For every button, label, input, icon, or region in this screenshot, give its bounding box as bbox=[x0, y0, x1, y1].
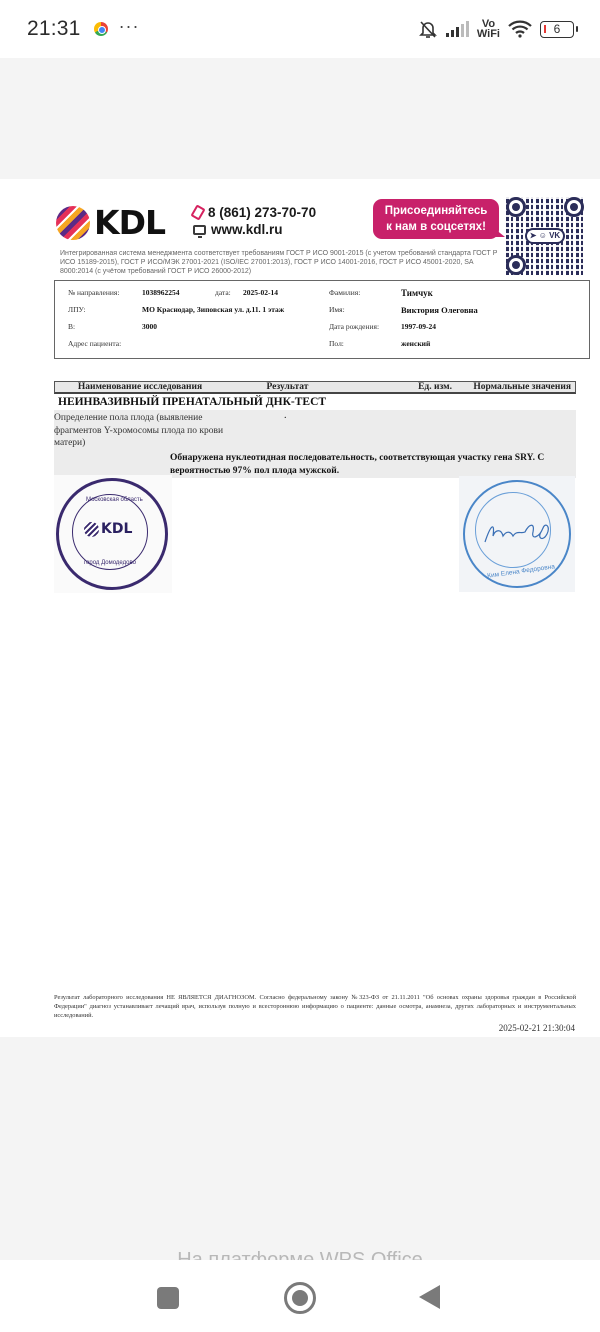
social-bubble: Присоединяйтесь к нам в соцсетях! bbox=[373, 199, 499, 239]
wifi-icon bbox=[508, 20, 532, 38]
signature-icon bbox=[481, 518, 555, 548]
qr-finder-icon bbox=[506, 197, 526, 217]
lab-stamp: Московская область город Домодедово KDL bbox=[54, 475, 172, 593]
document-page: KDL 8 (861) 273-70-70 www.kdl.ru Присоед… bbox=[0, 179, 600, 1037]
more-notifications-icon: ··· bbox=[119, 17, 140, 35]
stamp-region: Московская область bbox=[86, 497, 143, 503]
test-result: . bbox=[284, 410, 287, 421]
name-value: Виктория Олеговна bbox=[401, 305, 478, 315]
monitor-icon bbox=[193, 225, 206, 235]
stamp-city: город Домодедово bbox=[84, 560, 136, 566]
sex-label: Пол: bbox=[329, 339, 344, 348]
address-label: Адрес пациента: bbox=[68, 339, 121, 348]
status-icons: Vo WiFi 6 bbox=[418, 19, 574, 39]
dob-value: 1997-09-24 bbox=[401, 322, 436, 331]
results-header-row: Наименование исследования Результат Ед. … bbox=[54, 381, 576, 394]
disclaimer-text: Результат лабораторного исследования НЕ … bbox=[54, 993, 576, 1020]
v-label: В: bbox=[68, 322, 75, 331]
table-row: Определение пола плода (выявление фрагме… bbox=[54, 410, 576, 478]
bell-muted-icon bbox=[418, 19, 438, 39]
sex-value: женский bbox=[401, 339, 430, 348]
test-conclusion: Обнаружена нуклеотидная последовательнос… bbox=[170, 452, 580, 478]
status-bar: 21:31 ··· Vo WiFi 6 bbox=[0, 0, 600, 58]
stamp-logo: KDL bbox=[84, 521, 132, 537]
qr-finder-icon bbox=[506, 255, 526, 275]
dob-label: Дата рождения: bbox=[329, 322, 379, 331]
phone-icon bbox=[190, 204, 205, 220]
back-button[interactable] bbox=[419, 1285, 440, 1309]
battery-level: 6 bbox=[554, 22, 561, 36]
recent-apps-button[interactable] bbox=[157, 1287, 179, 1309]
referral-value: 1038962254 bbox=[142, 288, 180, 297]
qr-code: ➤ ☺ VK bbox=[506, 197, 584, 275]
col-normal: Нормальные значения bbox=[460, 382, 575, 392]
lpu-label: ЛПУ: bbox=[68, 305, 86, 314]
lpu-value: МО Краснодар, Зиповская ул. д.11. 1 этаж bbox=[142, 305, 284, 314]
name-label: Имя: bbox=[329, 305, 345, 314]
vowifi-icon: Vo WiFi bbox=[477, 19, 500, 39]
battery-icon: 6 bbox=[540, 21, 574, 38]
doctor-stamp: Ким Елена Федоровна bbox=[459, 476, 575, 592]
kdl-logo-ball-icon bbox=[56, 206, 90, 240]
system-nav-bar bbox=[0, 1260, 600, 1332]
patient-info-box: № направления: 1038962254 дата: 2025-02-… bbox=[54, 280, 590, 359]
col-test-name: Наименование исследования bbox=[55, 382, 225, 392]
qr-social-icons: ➤ ☺ VK bbox=[525, 228, 565, 244]
surname-label: Фамилия: bbox=[329, 288, 360, 297]
printed-at: 2025-02-21 21:30:04 bbox=[499, 1023, 575, 1033]
date-label: дата: bbox=[215, 288, 231, 297]
surname-value: Тимчук bbox=[401, 288, 433, 298]
col-result: Результат bbox=[225, 382, 350, 392]
kdl-logo: KDL bbox=[56, 203, 165, 242]
contacts: 8 (861) 273-70-70 www.kdl.ru bbox=[193, 204, 316, 238]
website: www.kdl.ru bbox=[211, 221, 283, 238]
referral-label: № направления: bbox=[68, 288, 119, 297]
phone-number: 8 (861) 273-70-70 bbox=[208, 204, 316, 221]
test-name: Определение пола плода (выявление фрагме… bbox=[54, 412, 224, 450]
wps-toast: На платформе WPS Office bbox=[0, 1245, 600, 1260]
col-unit: Ед. изм. bbox=[350, 382, 460, 392]
kdl-logo-text: KDL bbox=[94, 203, 165, 242]
results-table: Наименование исследования Результат Ед. … bbox=[54, 381, 576, 478]
v-value: 3000 bbox=[142, 322, 157, 331]
cell-signal-icon bbox=[446, 21, 469, 37]
kdl-logo-ball-icon bbox=[84, 522, 99, 537]
iso-certification-text: Интегрированная система менеджмента соот… bbox=[60, 249, 500, 276]
home-button[interactable] bbox=[284, 1282, 316, 1314]
qr-finder-icon bbox=[564, 197, 584, 217]
letterhead: KDL 8 (861) 273-70-70 www.kdl.ru Присоед… bbox=[56, 197, 586, 277]
chrome-notification-icon bbox=[94, 22, 108, 36]
document-viewer[interactable]: KDL 8 (861) 273-70-70 www.kdl.ru Присоед… bbox=[0, 58, 600, 1260]
status-time: 21:31 bbox=[27, 17, 81, 41]
date-value: 2025-02-14 bbox=[243, 288, 278, 297]
section-title: НЕИНВАЗИВНЫЙ ПРЕНАТАЛЬНЫЙ ДНК-ТЕСТ bbox=[54, 394, 576, 410]
